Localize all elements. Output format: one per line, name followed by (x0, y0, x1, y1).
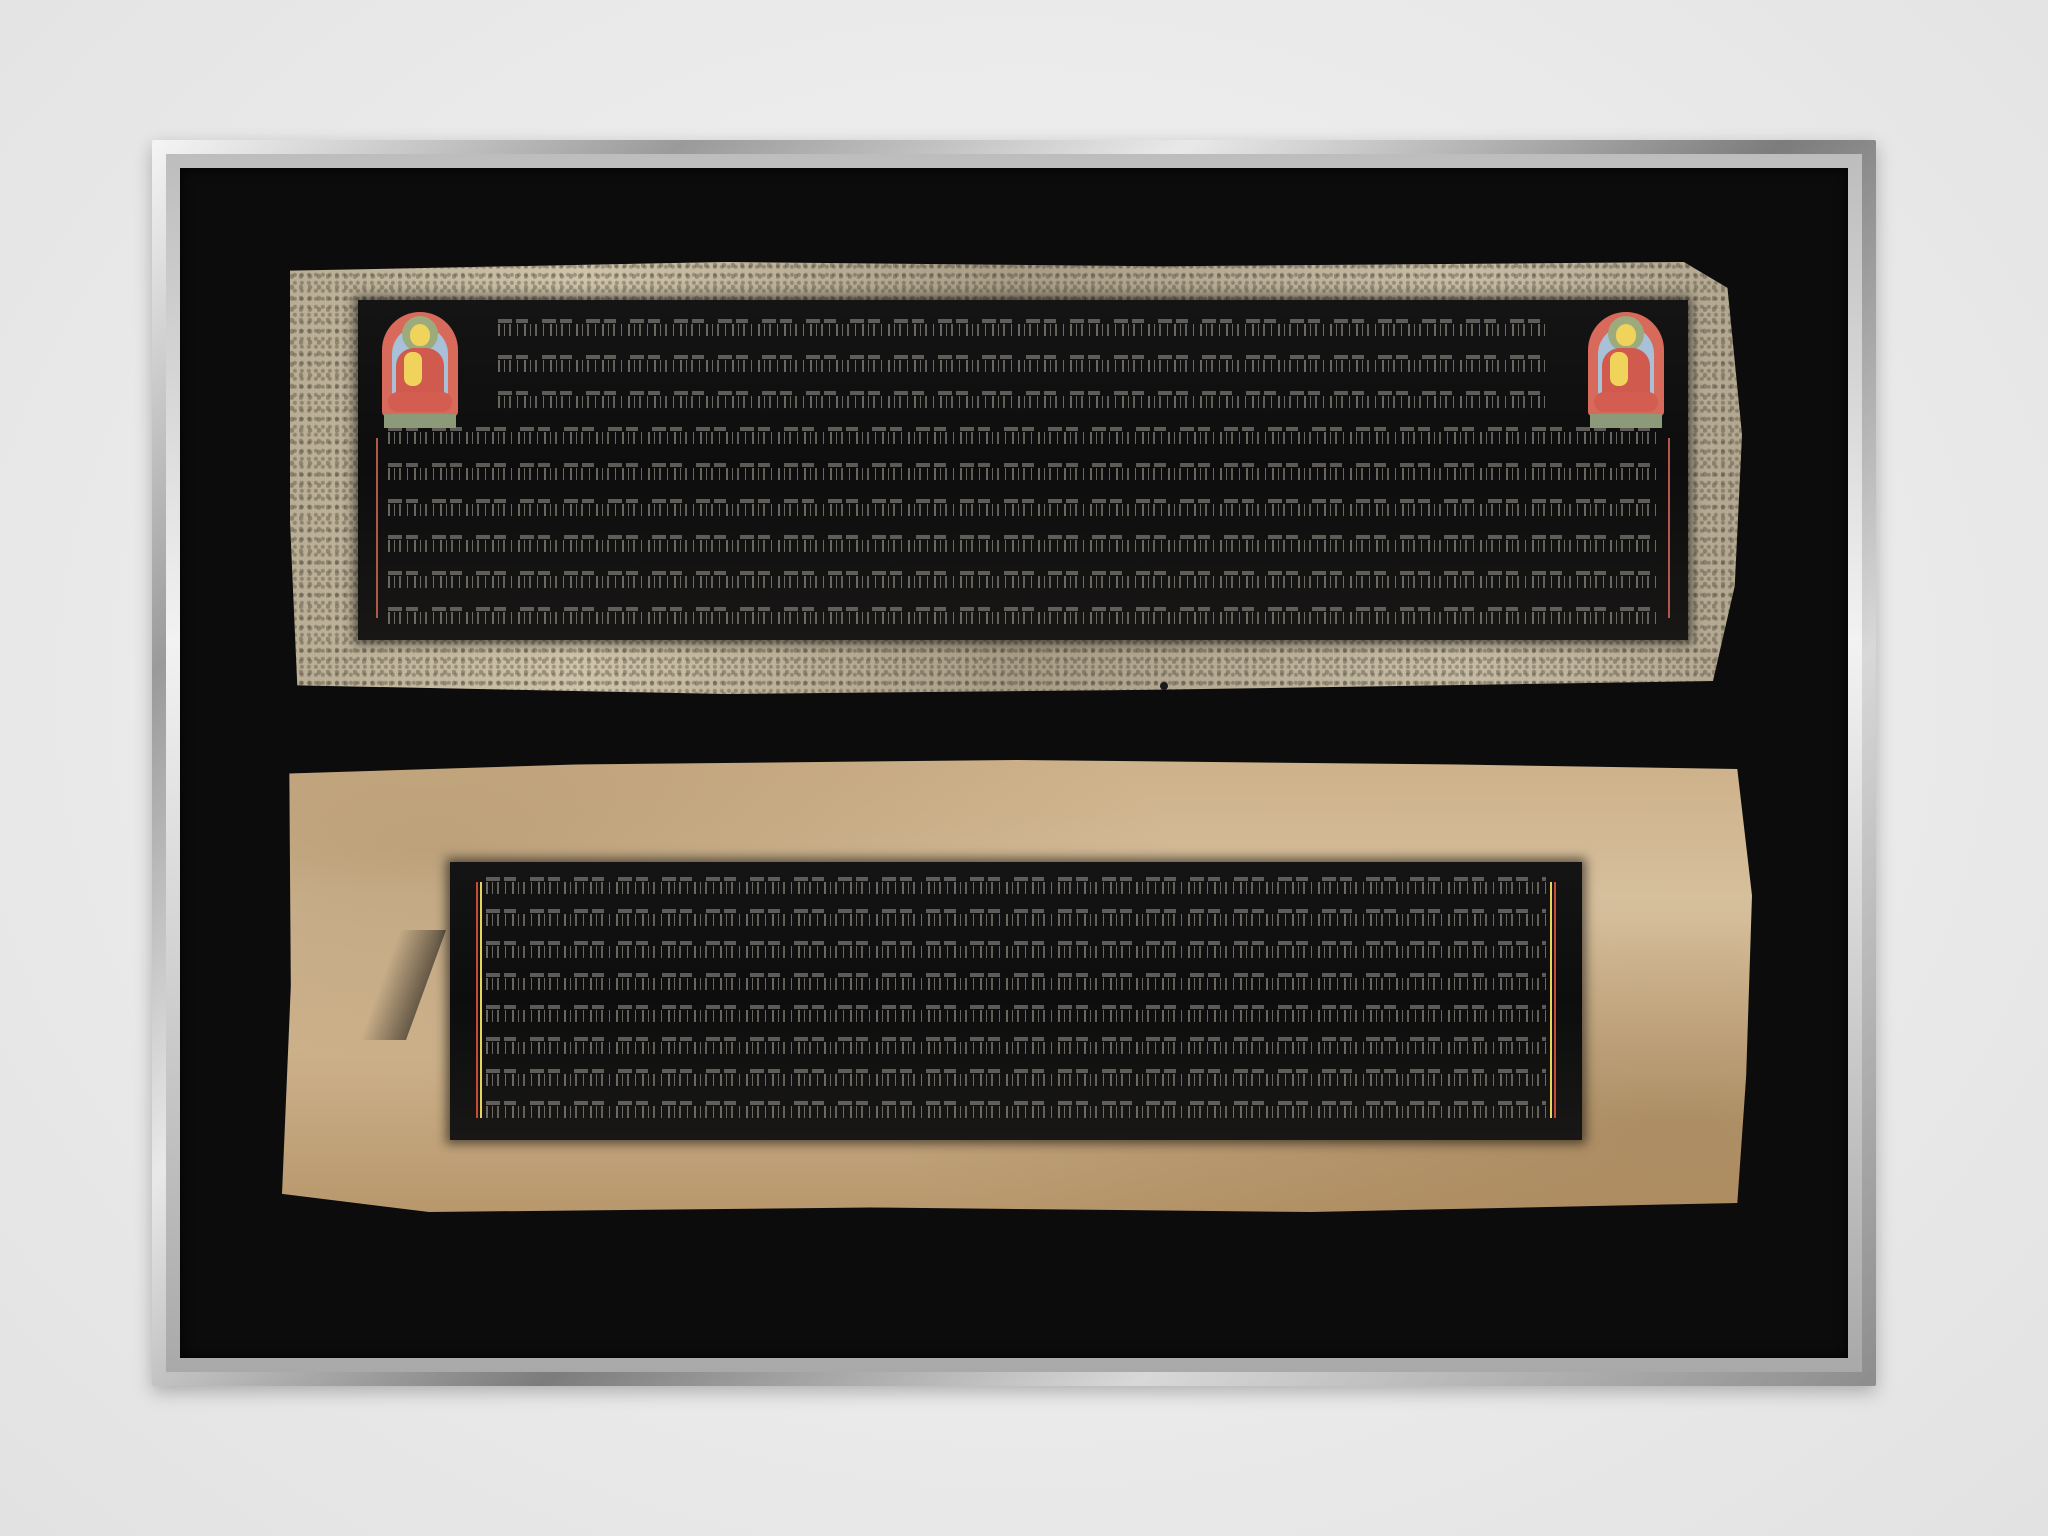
script-line (388, 530, 1658, 560)
script-line (498, 386, 1548, 416)
script-panel-bottom (450, 862, 1582, 1140)
ink-speck (1160, 682, 1168, 690)
script-line (486, 1000, 1546, 1030)
margin-rule-right-yellow (1550, 882, 1552, 1118)
margin-rule-left-yellow (480, 882, 482, 1118)
script-panel-top (358, 300, 1688, 640)
script-line (388, 602, 1658, 632)
margin-rule-right (1668, 438, 1670, 618)
buddha-miniature-right (1588, 312, 1664, 430)
script-line (498, 350, 1548, 380)
script-line (498, 314, 1548, 344)
manuscript-leaf-top (290, 262, 1742, 694)
script-line (486, 936, 1546, 966)
script-line (486, 968, 1546, 998)
script-line (486, 1096, 1546, 1126)
script-line (388, 422, 1658, 452)
buddha-miniature-left (382, 312, 458, 430)
script-line (388, 494, 1658, 524)
ink-smudge (360, 930, 446, 1040)
script-line (486, 1064, 1546, 1094)
script-line (486, 904, 1546, 934)
script-line (486, 872, 1546, 902)
script-line (388, 566, 1658, 596)
margin-rule-left (376, 438, 378, 618)
script-line (388, 458, 1658, 488)
margin-rule-left-red (476, 882, 478, 1118)
margin-rule-right-red (1554, 882, 1556, 1118)
manuscript-leaf-bottom (282, 760, 1752, 1212)
script-line (486, 1032, 1546, 1062)
